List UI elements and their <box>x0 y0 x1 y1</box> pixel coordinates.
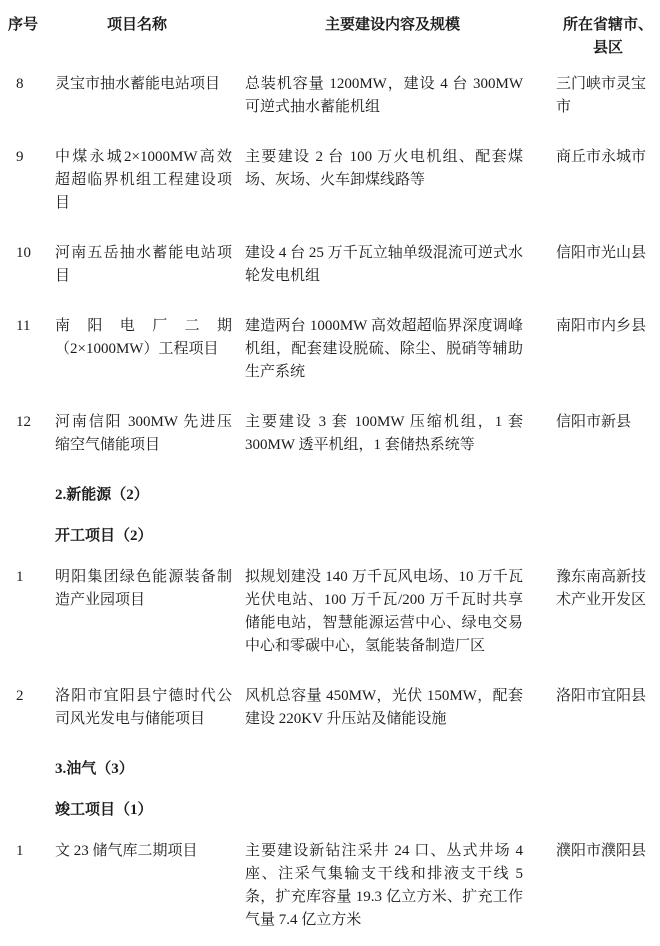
section-heading: 3.油气（3） <box>55 758 660 781</box>
row-number: 9 <box>8 146 55 215</box>
project-description: 主要建设新钻注采井 24 口、丛式井场 4 座、注采气集输支干线和排液支干线 5… <box>245 840 556 932</box>
table-row: 8 灵宝市抽水蓄能电站项目 总装机容量 1200MW，建设 4 台 300MW … <box>8 73 660 119</box>
table-row: 11 南阳电厂二期（2×1000MW）工程项目 建造两台 1000MW 高效超超… <box>8 315 660 384</box>
project-name: 河南信阳 300MW 先进压缩空气储能项目 <box>55 411 245 457</box>
project-location: 洛阳市宜阳县 <box>556 685 660 731</box>
project-location: 信阳市新县 <box>556 411 660 457</box>
section-heading: 2.新能源（2） <box>55 484 660 507</box>
row-number: 8 <box>8 73 55 119</box>
project-name: 明阳集团绿色能源装备制造产业园项目 <box>55 566 245 658</box>
row-number: 12 <box>8 411 55 457</box>
project-location: 豫东南高新技术产业开发区 <box>556 566 660 658</box>
row-number: 2 <box>8 685 55 731</box>
table-row: 1 明阳集团绿色能源装备制造产业园项目 拟规划建没 140 万千瓦风电场、10 … <box>8 566 660 658</box>
document-page: 序号 项目名称 主要建设内容及规模 所在省辖市、县区 8 灵宝市抽水蓄能电站项目… <box>0 0 660 946</box>
row-number: 11 <box>8 315 55 384</box>
project-name: 文 23 储气库二期项目 <box>55 840 245 932</box>
header-project-name: 项目名称 <box>55 14 245 60</box>
section-heading: 开工项目（2） <box>55 525 660 548</box>
project-name: 南阳电厂二期（2×1000MW）工程项目 <box>55 315 245 384</box>
project-description: 主要建设 2 台 100 万火电机组、配套煤场、灰场、火车卸煤线路等 <box>245 146 556 215</box>
project-description: 拟规划建没 140 万千瓦风电场、10 万千瓦光伏电站、100 万千瓦/200 … <box>245 566 556 658</box>
row-number: 1 <box>8 840 55 932</box>
table-row: 2 洛阳市宜阳县宁德时代公司风光发电与储能项目 风机总容量 450MW，光伏 1… <box>8 685 660 731</box>
project-location: 信阳市光山县 <box>556 242 660 288</box>
section-heading: 竣工项目（1） <box>55 799 660 822</box>
table-row: 12 河南信阳 300MW 先进压缩空气储能项目 主要建设 3 套 100MW … <box>8 411 660 457</box>
table-row: 10 河南五岳抽水蓄能电站项目 建设 4 台 25 万千瓦立轴单级混流可逆式水轮… <box>8 242 660 288</box>
table-header-row: 序号 项目名称 主要建设内容及规模 所在省辖市、县区 <box>8 14 660 60</box>
project-name: 灵宝市抽水蓄能电站项目 <box>55 73 245 119</box>
project-name: 洛阳市宜阳县宁德时代公司风光发电与储能项目 <box>55 685 245 731</box>
header-construction-content: 主要建设内容及规模 <box>245 14 556 60</box>
project-description: 主要建设 3 套 100MW 压缩机组，1 套 300MW 透平机组，1 套储热… <box>245 411 556 457</box>
table-row: 1 文 23 储气库二期项目 主要建设新钻注采井 24 口、丛式井场 4 座、注… <box>8 840 660 932</box>
project-location: 商丘市永城市 <box>556 146 660 215</box>
table-row: 9 中煤永城2×1000MW高效超超临界机组工程建设项目 主要建设 2 台 10… <box>8 146 660 215</box>
table-body: 8 灵宝市抽水蓄能电站项目 总装机容量 1200MW，建设 4 台 300MW … <box>8 73 660 932</box>
project-description: 建造两台 1000MW 高效超超临界深度调峰机组，配套建设脱硫、除尘、脱硝等辅助… <box>245 315 556 384</box>
project-description: 总装机容量 1200MW，建设 4 台 300MW 可逆式抽水蓄能机组 <box>245 73 556 119</box>
project-description: 风机总容量 450MW，光伏 150MW，配套建设 220KV 升压站及储能设施 <box>245 685 556 731</box>
project-description: 建设 4 台 25 万千瓦立轴单级混流可逆式水轮发电机组 <box>245 242 556 288</box>
project-location: 三门峡市灵宝市 <box>556 73 660 119</box>
header-seq-number: 序号 <box>8 14 55 60</box>
header-location: 所在省辖市、县区 <box>556 14 660 60</box>
project-location: 南阳市内乡县 <box>556 315 660 384</box>
project-name: 河南五岳抽水蓄能电站项目 <box>55 242 245 288</box>
row-number: 1 <box>8 566 55 658</box>
project-name: 中煤永城2×1000MW高效超超临界机组工程建设项目 <box>55 146 245 215</box>
project-location: 濮阳市濮阳县 <box>556 840 660 932</box>
row-number: 10 <box>8 242 55 288</box>
